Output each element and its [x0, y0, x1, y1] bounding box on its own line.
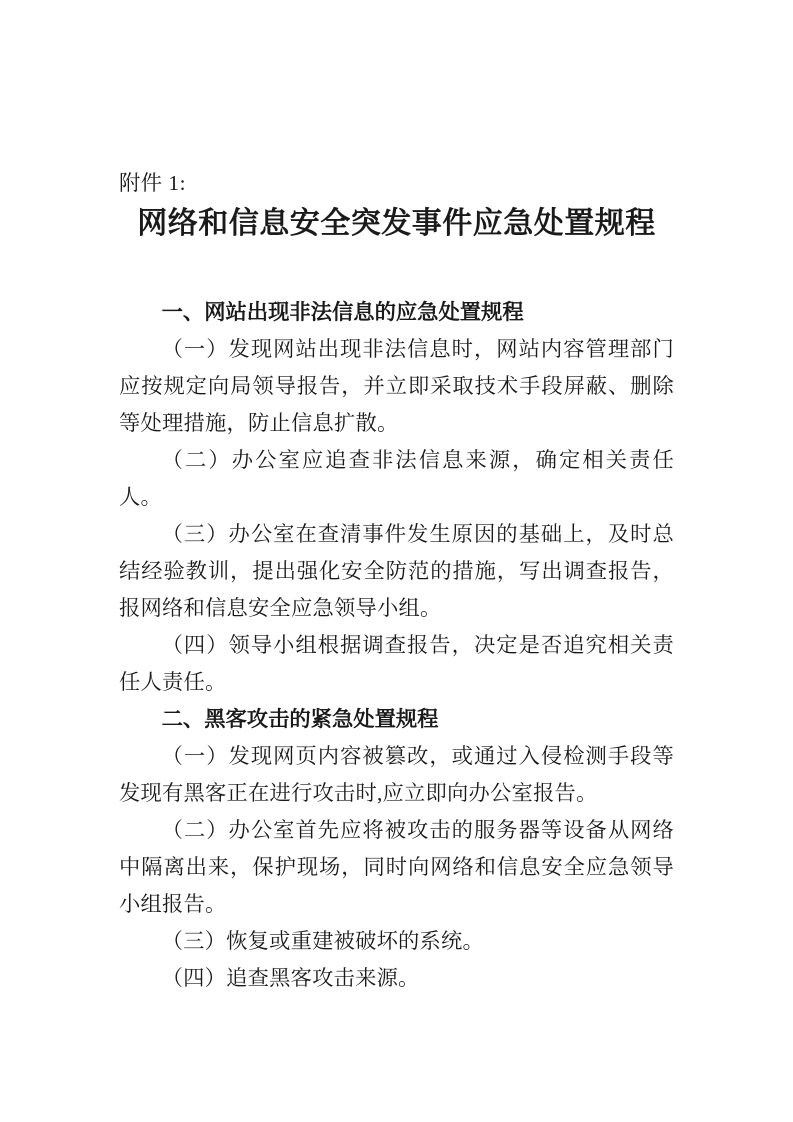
section-1-heading: 一、网站出现非法信息的应急处置规程 [119, 294, 674, 331]
paragraph: （一）发现网站出现非法信息时，网站内容管理部门应按规定向局领导报告，并立即采取技… [119, 331, 674, 442]
paragraph: （二）办公室应追查非法信息来源，确定相关责任人。 [119, 442, 674, 516]
section-website-illegal-info: 一、网站出现非法信息的应急处置规程 （一）发现网站出现非法信息时，网站内容管理部… [119, 294, 674, 701]
paragraph: （三）恢复或重建被破坏的系统。 [119, 923, 674, 960]
attachment-label: 附件 1: [119, 165, 674, 202]
document-page: 附件 1: 网络和信息安全突发事件应急处置规程 一、网站出现非法信息的应急处置规… [0, 0, 793, 1122]
paragraph: （四）领导小组根据调查报告，决定是否追究相关责任人责任。 [119, 627, 674, 701]
section-2-heading: 二、黑客攻击的紧急处置规程 [119, 701, 674, 738]
document-title: 网络和信息安全突发事件应急处置规程 [119, 202, 674, 246]
paragraph: （三）办公室在查清事件发生原因的基础上，及时总结经验教训，提出强化安全防范的措施… [119, 516, 674, 627]
paragraph: （二）办公室首先应将被攻击的服务器等设备从网络中隔离出来，保护现场，同时向网络和… [119, 812, 674, 923]
paragraph: （一）发现网页内容被篡改，或通过入侵检测手段等发现有黑客正在进行攻击时,应立即向… [119, 738, 674, 812]
paragraph: （四）追查黑客攻击来源。 [119, 960, 674, 997]
section-hacker-attack: 二、黑客攻击的紧急处置规程 （一）发现网页内容被篡改，或通过入侵检测手段等发现有… [119, 701, 674, 997]
